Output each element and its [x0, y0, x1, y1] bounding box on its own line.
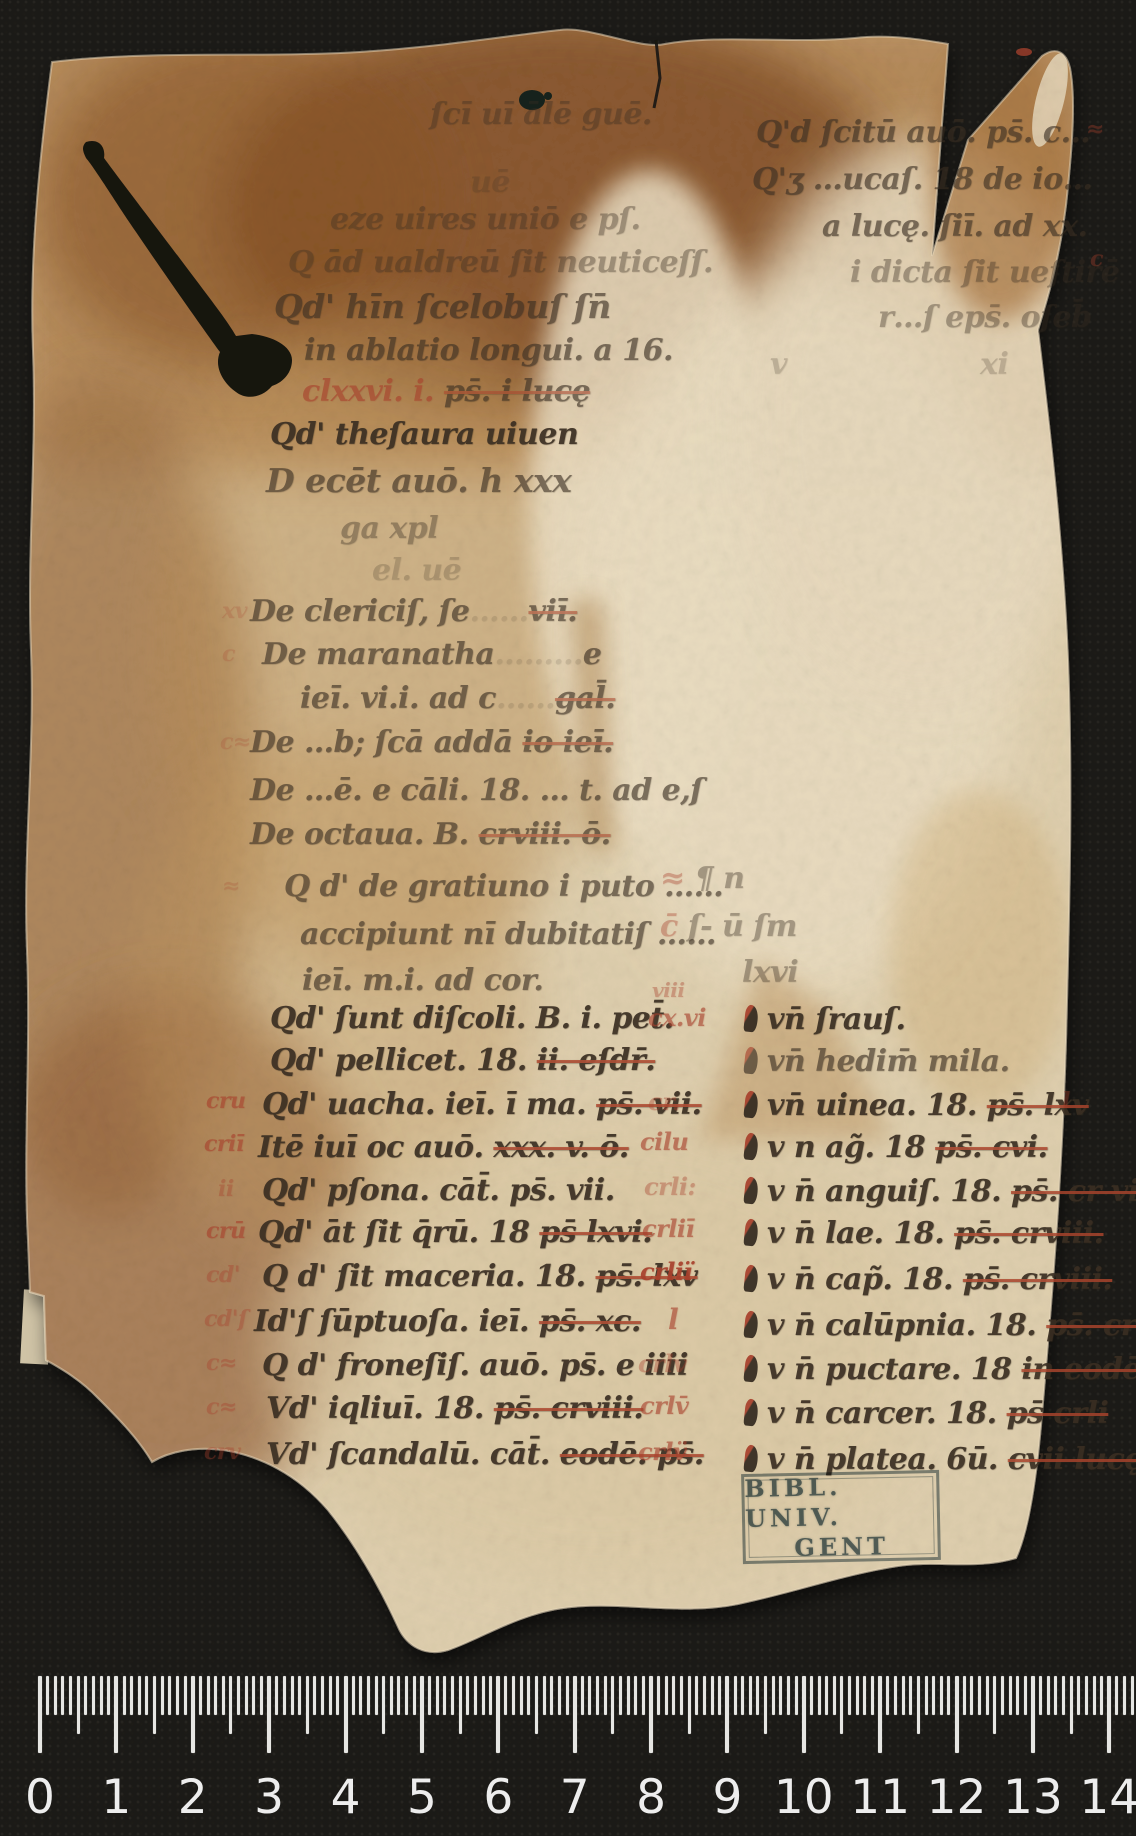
ruler-mm-tick [1016, 1676, 1019, 1715]
ruler-mm-tick [764, 1676, 767, 1734]
ruler-mm-tick [69, 1676, 72, 1715]
ruler-cm-tick [38, 1676, 42, 1753]
ruler-mm-tick [909, 1676, 912, 1715]
ruler-mm-tick [168, 1676, 171, 1715]
ruler-label: 12 [927, 1770, 987, 1825]
ruler-mm-tick [222, 1676, 225, 1715]
ruler-mm-tick [54, 1676, 57, 1715]
ruler-cm-tick [649, 1676, 653, 1753]
ruler-mm-tick [352, 1676, 355, 1715]
ruler-cm-tick [725, 1676, 729, 1753]
ruler-mm-tick [535, 1676, 538, 1734]
ruler-mm-tick [863, 1676, 866, 1715]
ruler-label: 4 [331, 1770, 361, 1825]
ruler-mm-tick [359, 1676, 362, 1715]
ruler-mm-tick [596, 1676, 599, 1715]
ruler-cm-tick [267, 1676, 271, 1753]
ruler-mm-tick [1131, 1676, 1134, 1715]
ruler-mm-tick [566, 1676, 569, 1715]
ruler-label: 1 [101, 1770, 131, 1825]
ruler-mm-tick [718, 1676, 721, 1715]
ruler-cm-tick [191, 1676, 195, 1753]
ruler-mm-tick [405, 1676, 408, 1715]
ruler-mm-tick [970, 1676, 973, 1715]
ruler-mm-tick [184, 1676, 187, 1715]
ruler-mm-tick [818, 1676, 821, 1715]
ruler-mm-tick [963, 1676, 966, 1715]
ruler-mm-tick [61, 1676, 64, 1715]
ruler-mm-tick [214, 1676, 217, 1715]
ruler-label: 10 [774, 1770, 834, 1825]
ruler-mm-tick [77, 1676, 80, 1734]
digitized-manuscript-scan: ſcī uī ālē guē.uēeze uires uniō e pſ.Q ā… [0, 0, 1136, 1836]
ruler-mm-tick [291, 1676, 294, 1715]
ruler: 01234567891011121314 [0, 0, 1136, 1836]
ruler-mm-tick [581, 1676, 584, 1715]
ruler-mm-tick [932, 1676, 935, 1715]
ruler-mm-tick [588, 1676, 591, 1715]
ruler-mm-tick [810, 1676, 813, 1715]
ruler-mm-tick [92, 1676, 95, 1715]
ruler-mm-tick [1077, 1676, 1080, 1715]
ruler-mm-tick [451, 1676, 454, 1715]
ruler-mm-tick [382, 1676, 385, 1734]
ruler-mm-tick [734, 1676, 737, 1715]
ruler-mm-tick [443, 1676, 446, 1715]
ruler-mm-tick [840, 1676, 843, 1734]
ruler-mm-tick [1070, 1676, 1073, 1734]
ruler-mm-tick [367, 1676, 370, 1715]
ruler-mm-tick [153, 1676, 156, 1734]
ruler-mm-tick [665, 1676, 668, 1715]
ruler-mm-tick [993, 1676, 996, 1734]
ruler-mm-tick [237, 1676, 240, 1715]
ruler-mm-tick [672, 1676, 675, 1715]
ruler-mm-tick [703, 1676, 706, 1715]
ruler-cm-tick [1107, 1676, 1111, 1753]
ruler-mm-tick [1024, 1676, 1027, 1715]
ruler-mm-tick [688, 1676, 691, 1734]
ruler-mm-tick [252, 1676, 255, 1715]
ruler-label: 13 [1003, 1770, 1063, 1825]
ruler-mm-tick [550, 1676, 553, 1715]
ruler-label: 11 [850, 1770, 910, 1825]
ruler-mm-tick [1115, 1676, 1118, 1715]
ruler-label: 14 [1079, 1770, 1136, 1825]
ruler-mm-tick [833, 1676, 836, 1715]
ruler-mm-tick [84, 1676, 87, 1715]
ruler-mm-tick [978, 1676, 981, 1715]
ruler-mm-tick [321, 1676, 324, 1715]
ruler-mm-tick [176, 1676, 179, 1715]
ruler-label: 7 [560, 1770, 590, 1825]
ruler-mm-tick [130, 1676, 133, 1715]
ruler-mm-tick [207, 1676, 210, 1715]
ruler-mm-tick [604, 1676, 607, 1715]
ruler-label: 3 [254, 1770, 284, 1825]
ruler-mm-tick [199, 1676, 202, 1715]
ruler-mm-tick [283, 1676, 286, 1715]
ruler-mm-tick [1093, 1676, 1096, 1715]
ruler-mm-tick [795, 1676, 798, 1715]
ruler-cm-tick [496, 1676, 500, 1753]
ruler-cm-tick [344, 1676, 348, 1753]
ruler-mm-tick [657, 1676, 660, 1715]
ruler-mm-tick [1001, 1676, 1004, 1715]
ruler-cm-tick [573, 1676, 577, 1753]
ruler-mm-tick [275, 1676, 278, 1715]
ruler-mm-tick [634, 1676, 637, 1715]
ruler-mm-tick [489, 1676, 492, 1715]
ruler-mm-tick [229, 1676, 232, 1734]
ruler-mm-tick [779, 1676, 782, 1715]
ruler-mm-tick [741, 1676, 744, 1715]
ruler-cm-tick [420, 1676, 424, 1753]
ruler-cm-tick [114, 1676, 118, 1753]
ruler-mm-tick [986, 1676, 989, 1715]
ruler-label: 5 [407, 1770, 437, 1825]
ruler-mm-tick [138, 1676, 141, 1715]
ruler-mm-tick [436, 1676, 439, 1715]
ruler-mm-tick [123, 1676, 126, 1715]
ruler-cm-tick [955, 1676, 959, 1753]
ruler-mm-tick [504, 1676, 507, 1715]
ruler-mm-tick [695, 1676, 698, 1715]
ruler-mm-tick [1047, 1676, 1050, 1715]
ruler-mm-tick [772, 1676, 775, 1715]
ruler-mm-tick [825, 1676, 828, 1715]
ruler-mm-tick [336, 1676, 339, 1715]
ruler-mm-tick [466, 1676, 469, 1715]
ruler-mm-tick [1123, 1676, 1126, 1715]
ruler-mm-tick [390, 1676, 393, 1715]
ruler-mm-tick [848, 1676, 851, 1715]
ruler-mm-tick [245, 1676, 248, 1715]
ruler-mm-tick [680, 1676, 683, 1715]
ruler-mm-tick [313, 1676, 316, 1715]
ruler-mm-tick [558, 1676, 561, 1715]
ruler-mm-tick [459, 1676, 462, 1734]
ruler-mm-tick [642, 1676, 645, 1715]
ruler-cm-tick [802, 1676, 806, 1753]
ruler-mm-tick [917, 1676, 920, 1734]
ruler-mm-tick [107, 1676, 110, 1715]
ruler-mm-tick [375, 1676, 378, 1715]
ruler-mm-tick [413, 1676, 416, 1715]
ruler-mm-tick [787, 1676, 790, 1715]
ruler-mm-tick [856, 1676, 859, 1715]
ruler-mm-tick [902, 1676, 905, 1715]
ruler-mm-tick [756, 1676, 759, 1715]
ruler-label: 6 [483, 1770, 513, 1825]
ruler-mm-tick [1054, 1676, 1057, 1715]
ruler-mm-tick [520, 1676, 523, 1715]
ruler-mm-tick [611, 1676, 614, 1734]
ruler-mm-tick [482, 1676, 485, 1715]
ruler-mm-tick [1009, 1676, 1012, 1715]
ruler-mm-tick [711, 1676, 714, 1715]
ruler-cm-tick [1031, 1676, 1035, 1753]
ruler-mm-tick [894, 1676, 897, 1715]
ruler-mm-tick [298, 1676, 301, 1715]
ruler-label: 2 [178, 1770, 208, 1825]
ruler-mm-tick [527, 1676, 530, 1715]
ruler-mm-tick [543, 1676, 546, 1715]
ruler-mm-tick [886, 1676, 889, 1715]
ruler-mm-tick [619, 1676, 622, 1715]
ruler-mm-tick [871, 1676, 874, 1715]
ruler-label: 9 [712, 1770, 742, 1825]
ruler-mm-tick [161, 1676, 164, 1715]
ruler-mm-tick [306, 1676, 309, 1734]
ruler-mm-tick [947, 1676, 950, 1715]
ruler-mm-tick [260, 1676, 263, 1715]
ruler-label: 8 [636, 1770, 666, 1825]
ruler-mm-tick [1062, 1676, 1065, 1715]
ruler-mm-tick [925, 1676, 928, 1715]
ruler-mm-tick [329, 1676, 332, 1715]
ruler-mm-tick [627, 1676, 630, 1715]
ruler-mm-tick [46, 1676, 49, 1715]
ruler-mm-tick [1085, 1676, 1088, 1715]
ruler-mm-tick [1100, 1676, 1103, 1715]
ruler-mm-tick [1039, 1676, 1042, 1715]
ruler-mm-tick [100, 1676, 103, 1715]
ruler-mm-tick [474, 1676, 477, 1715]
ruler-label: 0 [25, 1770, 55, 1825]
ruler-mm-tick [749, 1676, 752, 1715]
ruler-mm-tick [512, 1676, 515, 1715]
ruler-mm-tick [940, 1676, 943, 1715]
ruler-mm-tick [145, 1676, 148, 1715]
ruler-cm-tick [878, 1676, 882, 1753]
ruler-mm-tick [397, 1676, 400, 1715]
ruler-mm-tick [428, 1676, 431, 1715]
